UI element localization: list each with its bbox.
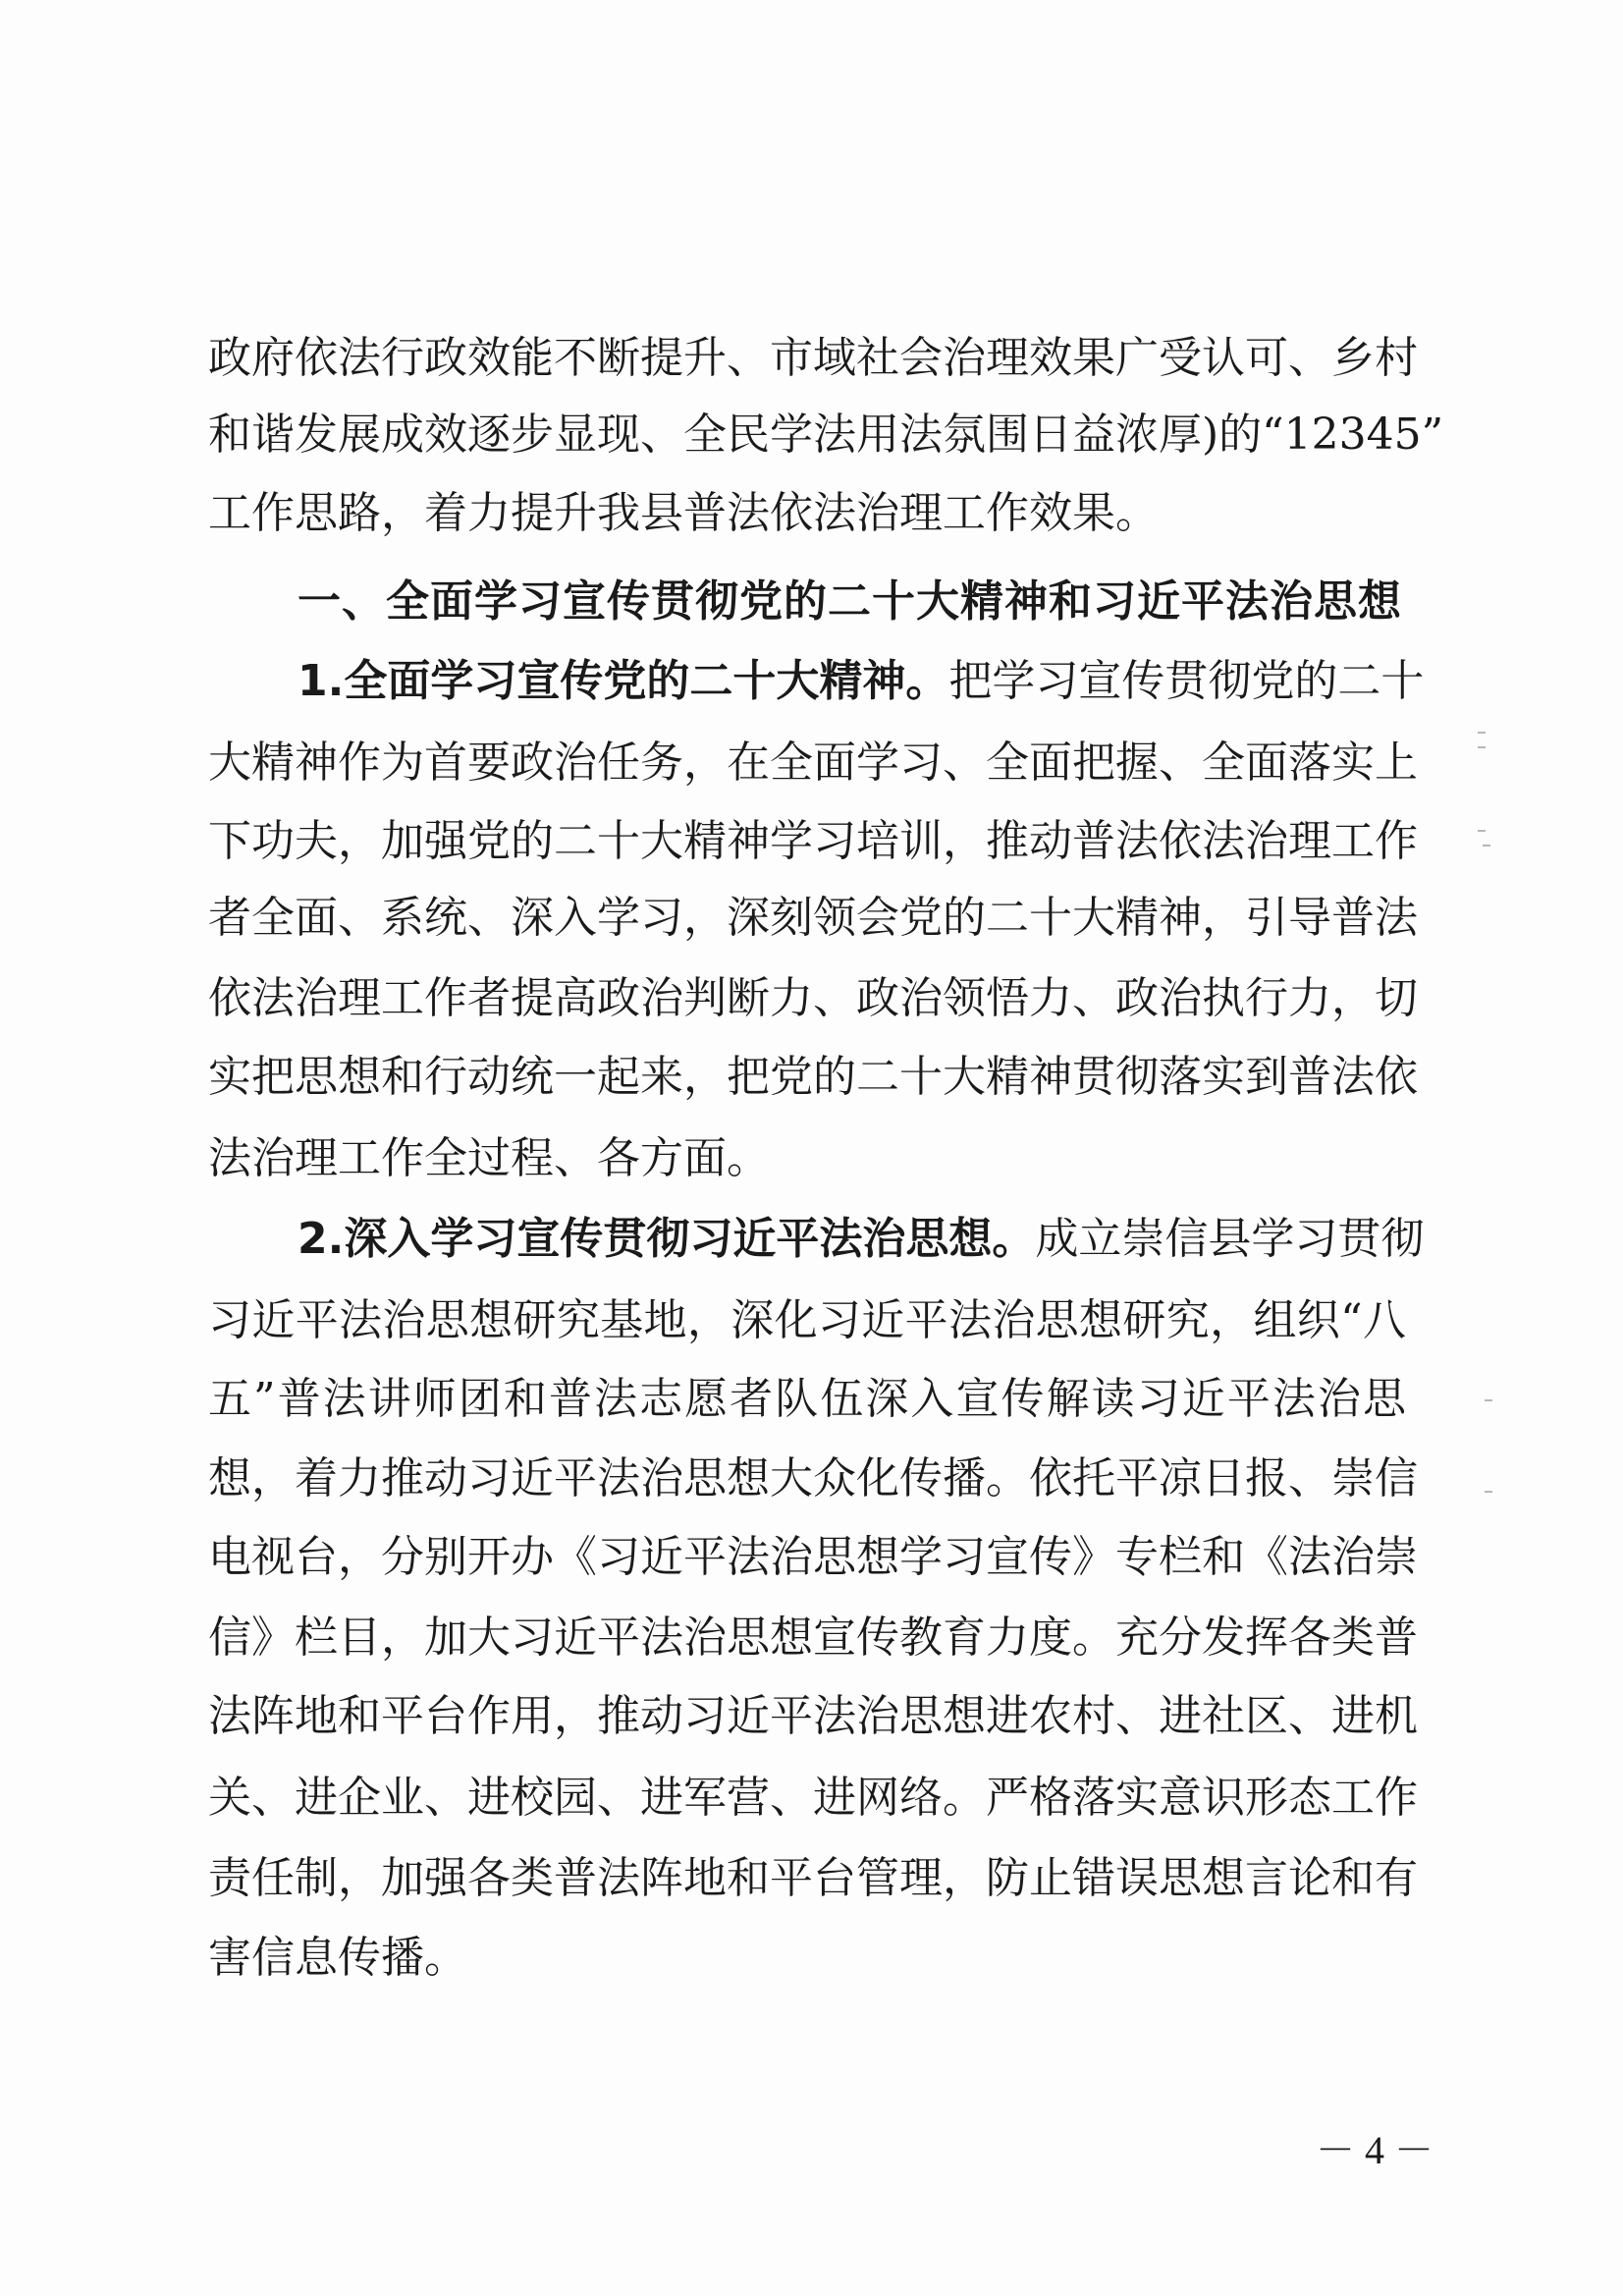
body-line: 和谐发展成效逐步显现、全民学法用法氛围日益浓厚)的“12345” [208,406,1406,465]
item-1-first-line: 1.全面学习宣传党的二十大精神。把学习宣传贯彻党的二十 [298,652,1406,711]
body-line: 责任制，加强各类普法阵地和平台管理，防止错误思想言论和有 [208,1849,1406,1908]
body-line: 关、进企业、进校园、进军营、进网络。严格落实意识形态工作 [208,1769,1406,1828]
item-1-text: 把学习宣传贯彻党的二十 [948,656,1424,706]
body-line: 法治理工作全过程、各方面。 [208,1129,1406,1188]
body-line: 电视台，分别开办《习近平法治思想学习宣传》专栏和《法治崇 [208,1528,1406,1587]
body-line: 习近平法治思想研究基地，深化习近平法治思想研究，组织“八 [208,1291,1406,1350]
body-line: 大精神作为首要政治任务，在全面学习、全面把握、全面落实上 [208,734,1406,793]
body-line: 实把思想和行动统一起来，把党的二十大精神贯彻落实到普法依 [208,1048,1406,1107]
scan-speck [1483,845,1490,847]
item-2-title: 2.深入学习宣传贯彻习近平法治思想。 [298,1214,1035,1264]
body-line: 者全面、系统、深入学习，深刻领会党的二十大精神，引导普法 [208,889,1406,948]
item-1-title: 1.全面学习宣传党的二十大精神。 [298,656,948,706]
scan-speck [1485,1399,1492,1401]
body-line: 下功夫，加强党的二十大精神学习培训，推动普法依法治理工作 [208,812,1406,871]
item-2-first-line: 2.深入学习宣传贯彻习近平法治思想。成立崇信县学习贯彻 [298,1210,1406,1269]
page-number: － 4 － [1296,2126,1453,2175]
scan-speck [1478,830,1486,832]
body-line: 政府依法行政效能不断提升、市域社会治理效果广受认可、乡村 [208,329,1406,388]
scan-speck [1478,746,1486,748]
item-2-text: 成立崇信县学习贯彻 [1035,1214,1424,1264]
body-line: 想，着力推动习近平法治思想大众化传播。依托平凉日报、崇信 [208,1449,1406,1508]
body-line: 法阵地和平台作用，推动习近平法治思想进农村、进社区、进机 [208,1687,1406,1746]
scan-speck [1478,732,1486,734]
body-line: 五”普法讲师团和普法志愿者队伍深入宣传解读习近平法治思 [208,1370,1406,1429]
scan-speck [1485,1491,1492,1493]
body-line: 害信息传播。 [208,1929,1406,1988]
body-line: 信》栏目，加大习近平法治思想宣传教育力度。充分发挥各类普 [208,1609,1406,1667]
section-heading: 一、全面学习宣传贯彻党的二十大精神和习近平法治思想 [298,573,1406,631]
document-page: 政府依法行政效能不断提升、市域社会治理效果广受认可、乡村 和谐发展成效逐步显现、… [0,0,1623,2296]
body-line: 依法治理工作者提高政治判断力、政治领悟力、政治执行力，切 [208,969,1406,1028]
body-line: 工作思路，着力提升我县普法依法治理工作效果。 [208,484,1406,543]
